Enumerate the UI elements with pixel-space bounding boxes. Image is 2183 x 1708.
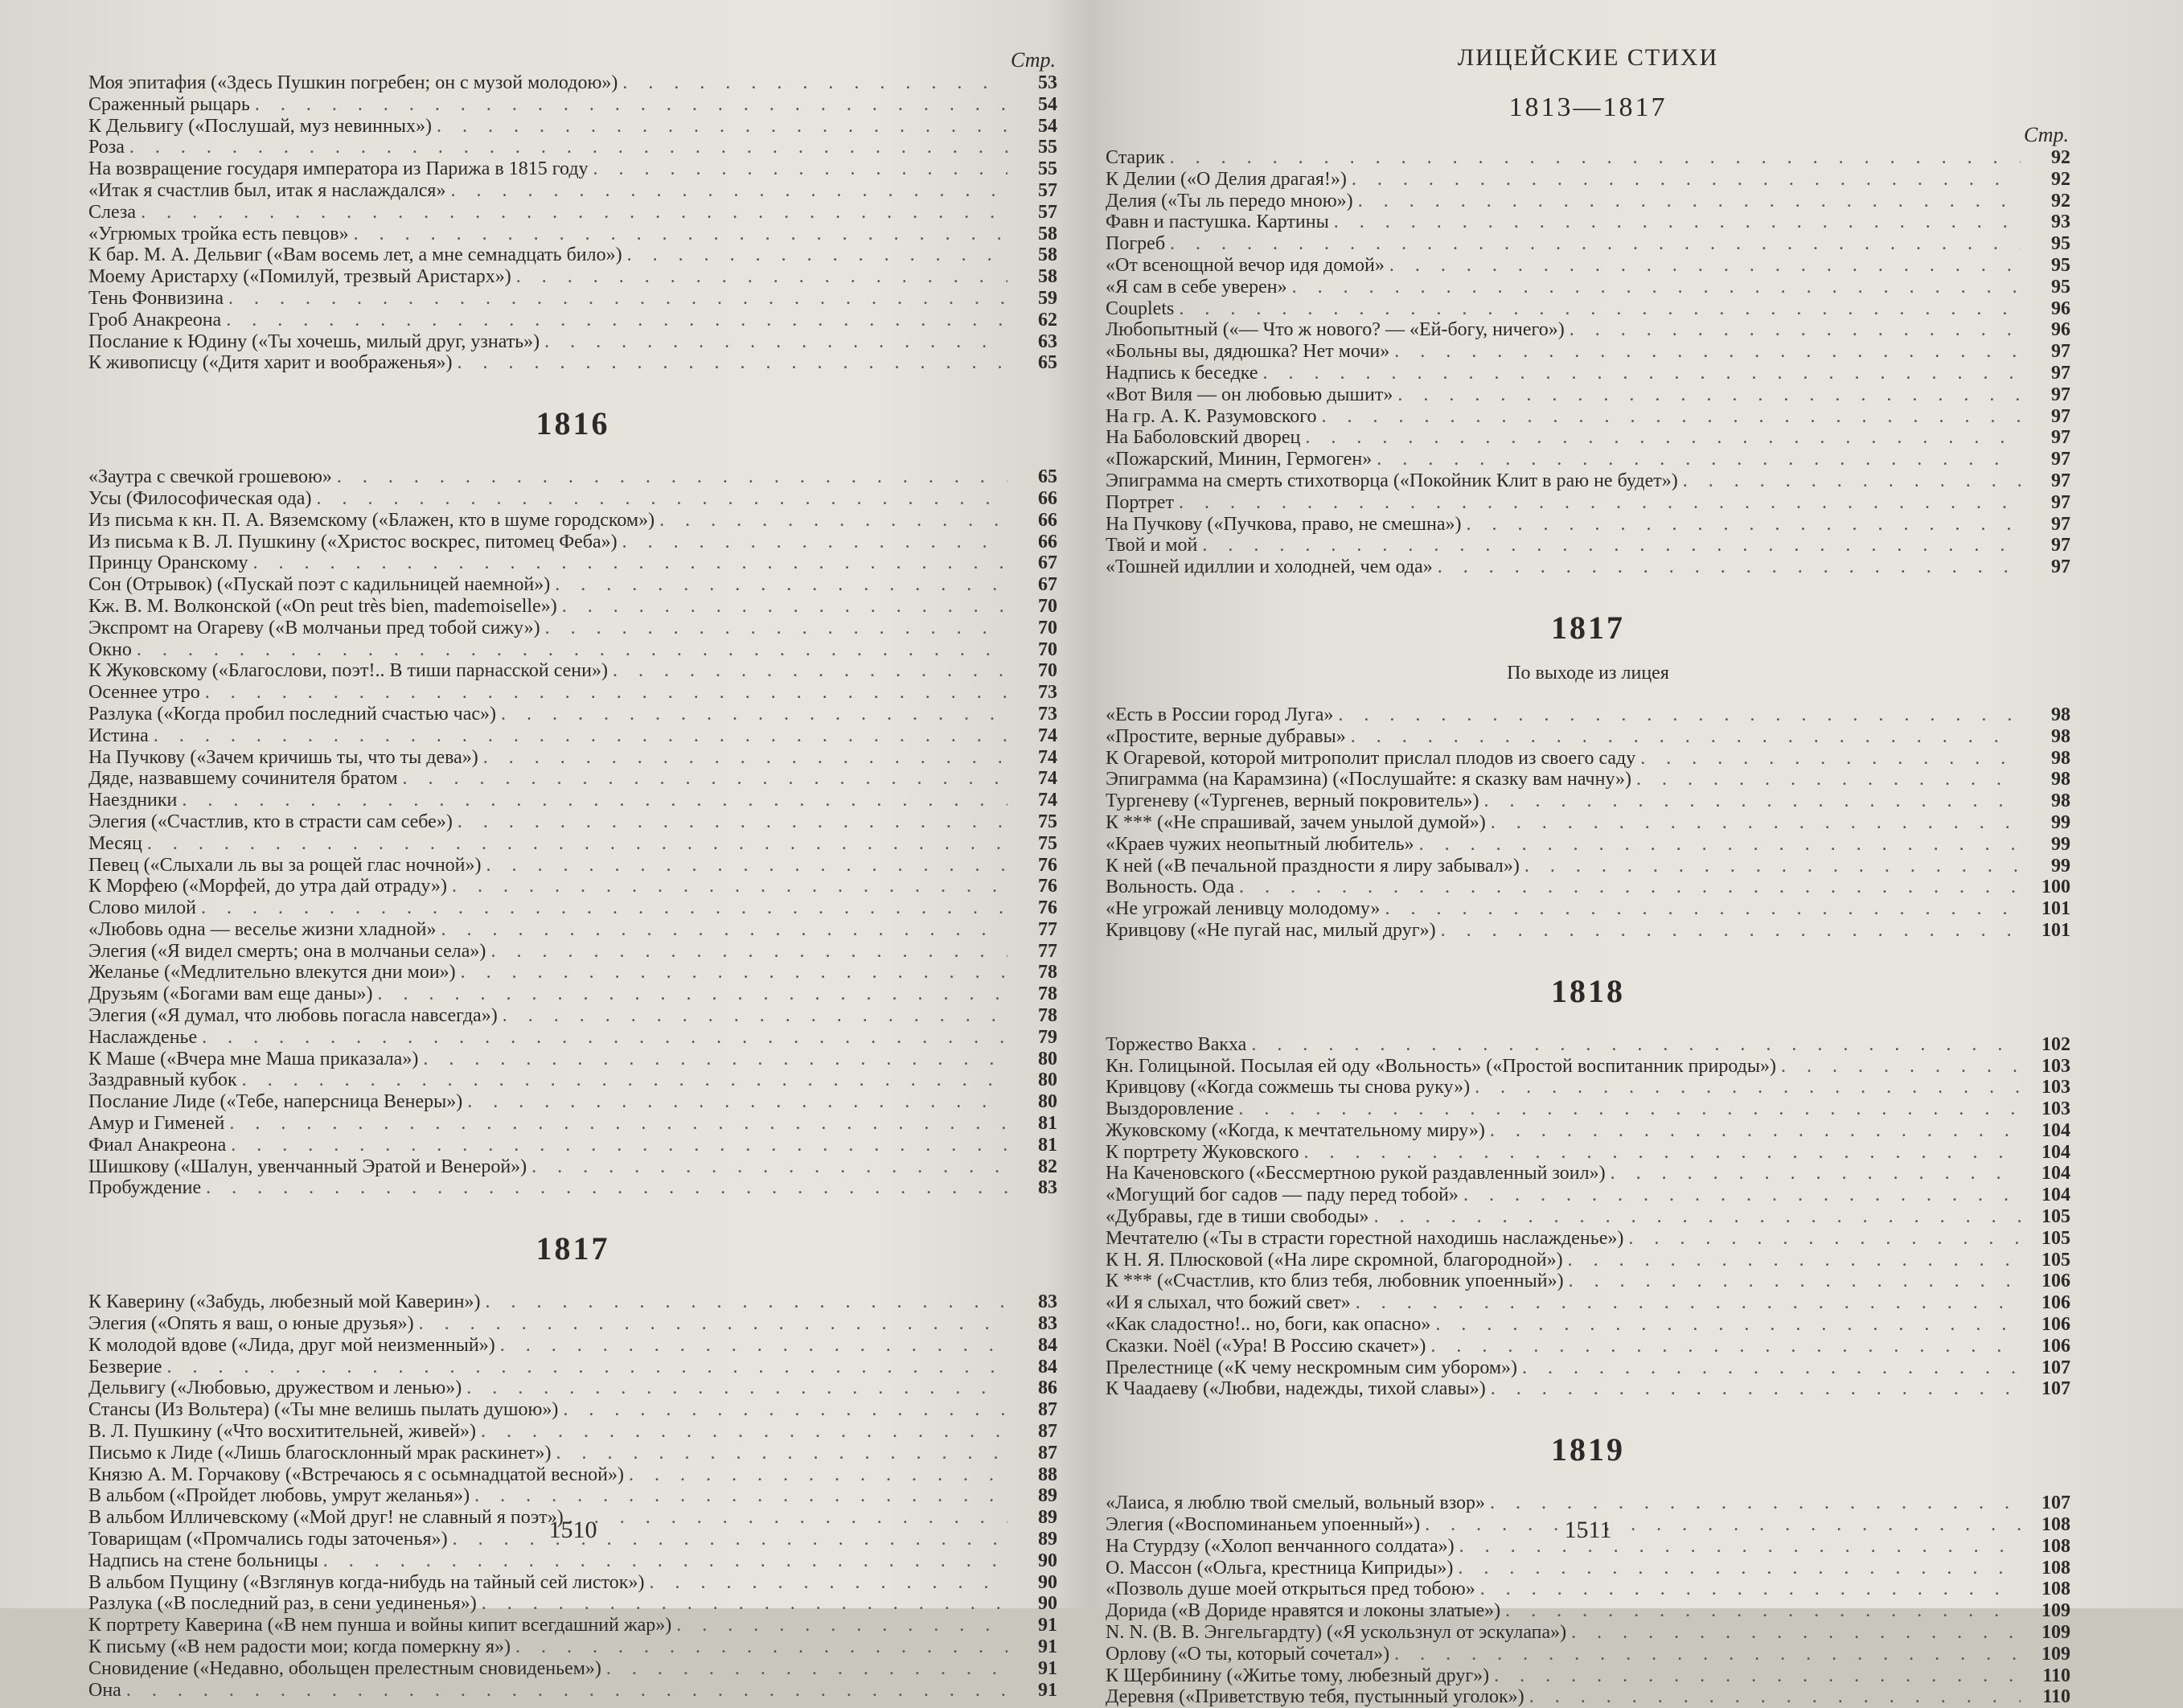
- dot-leader: [141, 202, 1007, 224]
- toc-entry: На Пучкову («Зачем кричишь ты, что ты де…: [88, 747, 1057, 769]
- dot-leader: [450, 180, 1007, 202]
- entry-title: «Любовь одна — веселье жизни хладной»: [88, 919, 436, 941]
- dot-leader: [1781, 1056, 2021, 1078]
- entry-page-number: 95: [2025, 233, 2070, 255]
- dot-leader: [242, 1070, 1007, 1091]
- entry-title: Певец («Слыхали ль вы за рощей глас ночн…: [88, 855, 482, 877]
- toc-section: 1817По выходе из лицея«Есть в России гор…: [1106, 609, 2070, 942]
- dot-leader: [154, 725, 1007, 747]
- dot-leader: [1640, 748, 2021, 770]
- entry-page-number: 53: [1012, 72, 1057, 94]
- entry-page-number: 98: [2025, 790, 2070, 812]
- entry-title: Фиал Анакреона: [88, 1135, 226, 1156]
- entry-title: Пробуждение: [88, 1177, 201, 1199]
- dot-leader: [563, 1399, 1007, 1421]
- entry-title: Элегия («Я видел смерть; она в молчаньи …: [88, 941, 486, 963]
- entry-page-number: 86: [1012, 1377, 1057, 1399]
- dot-leader: [467, 1091, 1007, 1113]
- entry-page-number: 74: [1012, 725, 1057, 747]
- entry-page-number: 89: [1012, 1485, 1057, 1507]
- entry-title: На гр. А. К. Разумовского: [1106, 406, 1317, 428]
- dot-leader: [354, 224, 1007, 245]
- page-column-header: Стр.: [1106, 123, 2070, 147]
- entry-title: «Заутра с свечкой грошевою»: [88, 466, 332, 488]
- entry-title: Послание Лиде («Тебе, наперсница Венеры»…: [88, 1091, 462, 1113]
- entry-title: Торжество Вакха: [1106, 1034, 1246, 1056]
- toc-entry: Желанье («Медлительно влекутся дни мои»)…: [88, 962, 1057, 983]
- entry-page-number: 90: [1012, 1593, 1057, 1608]
- entry-title: «И я слыхал, что божий свет»: [1106, 1292, 1351, 1314]
- toc-entry: Надпись к беседке97: [1106, 363, 2070, 384]
- toc-entry: Элегия («Счастлив, кто в страсти сам себ…: [88, 811, 1057, 833]
- dot-leader: [1628, 1228, 2021, 1250]
- entry-page-number: 108: [2025, 1579, 2070, 1600]
- toc-entry: Слеза57: [88, 202, 1057, 224]
- dot-leader: [1202, 535, 2021, 556]
- dot-leader: [1484, 790, 2021, 812]
- entry-title: Элегия («Счастлив, кто в страсти сам себ…: [88, 811, 453, 833]
- entry-title: Разлука («В последний раз, в сени уедине…: [88, 1593, 477, 1608]
- entry-page-number: 59: [1012, 288, 1057, 310]
- toc-entry: «Итак я счастлив был, итак я наслаждался…: [88, 180, 1057, 202]
- entry-title: Экспромт на Огареву («В молчаньи пред то…: [88, 618, 540, 639]
- entry-page-number: 87: [1012, 1399, 1057, 1421]
- entry-page-number: 106: [2025, 1314, 2070, 1336]
- entry-page-number: 75: [1012, 833, 1057, 855]
- entry-page-number: 104: [2025, 1142, 2070, 1164]
- entry-title: К Делии («О Делия драгая!»): [1106, 169, 1347, 191]
- toc-entry: Фавн и пастушка. Картины93: [1106, 211, 2070, 233]
- toc-entry: На Баболовский дворец97: [1106, 427, 2070, 449]
- dot-leader: [1475, 1077, 2021, 1098]
- entry-page-number: 83: [1012, 1291, 1057, 1313]
- toc-entry: Моему Аристарху («Помилуй, трезвый Арист…: [88, 266, 1057, 288]
- dot-leader: [1490, 1120, 2021, 1142]
- dot-leader: [593, 158, 1007, 180]
- toc-entry: Моя эпитафия («Здесь Пушкин погребен; он…: [88, 72, 1057, 94]
- dot-leader: [1683, 470, 2021, 492]
- toc-entry: В альбом Пущину («Взглянув когда-нибудь …: [88, 1572, 1057, 1594]
- entry-page-number: 82: [1012, 1156, 1057, 1178]
- toc-entry: «Заутра с свечкой грошевою»65: [88, 466, 1057, 488]
- toc-section: 1816«Заутра с свечкой грошевою»65Усы (Фи…: [88, 404, 1057, 1199]
- entry-page-number: 104: [2025, 1185, 2070, 1206]
- toc-entry: Жуковскому («Когда, к мечтательному миру…: [1106, 1120, 2070, 1142]
- dot-leader: [1179, 492, 2021, 514]
- toc-entry: Тургеневу («Тургенев, верный покровитель…: [1106, 790, 2070, 812]
- entry-page-number: 90: [1012, 1550, 1057, 1572]
- page-number-right: 1511: [1106, 1517, 2070, 1544]
- dot-leader: [1419, 834, 2021, 856]
- entry-title: К портрету Жуковского: [1106, 1142, 1299, 1164]
- entry-title: К Жуковскому («Благослови, поэт!.. В тиш…: [88, 660, 608, 682]
- entry-page-number: 106: [2025, 1292, 2070, 1314]
- entry-page-number: 66: [1012, 532, 1057, 553]
- toc-entry: «Я сам в себе уверен»95: [1106, 277, 2070, 298]
- entry-page-number: 66: [1012, 488, 1057, 510]
- toc-entry: К Дельвигу («Послушай, муз невинных»)54: [88, 116, 1057, 138]
- entry-title: Элегия («Я думал, что любовь погасла нав…: [88, 1005, 498, 1027]
- toc-entry: Шишкову («Шалун, увенчанный Эратой и Вен…: [88, 1156, 1057, 1178]
- entry-page-number: 97: [2025, 449, 2070, 470]
- toc-entry: На гр. А. К. Разумовского97: [1106, 406, 2070, 428]
- dot-leader: [1522, 1357, 2021, 1379]
- entry-page-number: 58: [1012, 266, 1057, 288]
- entry-title: «Лаиса, я люблю твой смелый, вольный взо…: [1106, 1492, 1485, 1514]
- dot-leader: [1356, 1292, 2021, 1314]
- dot-leader: [545, 618, 1007, 639]
- year-heading: 1817: [88, 1230, 1057, 1267]
- entry-title: К молодой вдове («Лида, друг мой неизмен…: [88, 1335, 495, 1357]
- dot-leader: [1490, 1492, 2021, 1514]
- entry-page-number: 66: [1012, 510, 1057, 532]
- entry-page-number: 108: [2025, 1558, 2070, 1579]
- entry-page-number: 83: [1012, 1313, 1057, 1335]
- dot-leader: [500, 1335, 1007, 1357]
- toc-entry: На Пучкову («Пучкова, право, не смешна»)…: [1106, 514, 2070, 536]
- dot-leader: [1524, 856, 2021, 877]
- entry-title: Делия («Ты ль передо мною»): [1106, 191, 1353, 212]
- dot-leader: [202, 1027, 1007, 1049]
- entry-page-number: 70: [1012, 618, 1057, 639]
- entry-title: «Итак я счастлив был, итак я наслаждался…: [88, 180, 445, 202]
- toc-entry: Дяде, назвавшему сочинителя братом74: [88, 768, 1057, 790]
- dot-leader: [231, 1135, 1007, 1156]
- entry-title: На Пучкову («Пучкова, право, не смешна»): [1106, 514, 1461, 536]
- entry-page-number: 54: [1012, 116, 1057, 138]
- entry-title: Желанье («Медлительно влекутся дни мои»): [88, 962, 456, 983]
- entry-page-number: 65: [1012, 466, 1057, 488]
- dot-leader: [201, 897, 1007, 919]
- left-toc: Моя эпитафия («Здесь Пушкин погребен; он…: [88, 72, 1057, 1608]
- dot-leader: [1568, 1250, 2021, 1271]
- entry-page-number: 92: [2025, 169, 2070, 191]
- entry-page-number: 106: [2025, 1336, 2070, 1357]
- entry-page-number: 100: [2025, 877, 2070, 898]
- entry-title: Месяц: [88, 833, 142, 855]
- dot-leader: [1611, 1163, 2021, 1185]
- toc-entry: Усы (Философическая ода)66: [88, 488, 1057, 510]
- entry-title: Надпись на стене больницы: [88, 1550, 318, 1572]
- entry-page-number: 77: [1012, 919, 1057, 941]
- dot-leader: [1334, 211, 2021, 233]
- dot-leader: [622, 72, 1007, 94]
- toc-entry: «Тошней идиллии и холодней, чем ода»97: [1106, 556, 2070, 578]
- entry-title: Шишкову («Шалун, увенчанный Эратой и Вен…: [88, 1156, 527, 1178]
- entry-page-number: 87: [1012, 1421, 1057, 1443]
- entry-title: Сон (Отрывок) («Пускай поэт с кадильнице…: [88, 574, 550, 596]
- toc-entry: «Дубравы, где в тиши свободы»105: [1106, 1206, 2070, 1228]
- entry-title: Моя эпитафия («Здесь Пушкин погребен; он…: [88, 72, 618, 94]
- entry-title: Кривцову («Когда сожмешь ты снова руку»): [1106, 1077, 1470, 1098]
- entry-page-number: 101: [2025, 920, 2070, 942]
- entry-page-number: 99: [2025, 834, 2070, 856]
- toc-entry: Из письма к В. Л. Пушкину («Христос воск…: [88, 532, 1057, 553]
- toc-entry: Гроб Анакреона62: [88, 310, 1057, 331]
- entry-title: К Огаревой, которой митрополит прислал п…: [1106, 748, 1635, 770]
- toc-entry: Осеннее утро73: [88, 682, 1057, 704]
- year-heading: 1818: [1106, 972, 2070, 1010]
- entry-page-number: 107: [2025, 1378, 2070, 1400]
- toc-entry: Элегия («Опять я ваш, о юные друзья»)83: [88, 1313, 1057, 1335]
- dot-leader: [1292, 277, 2021, 298]
- toc-entry: Сказки. Noёl («Ура! В Россию скачет»)106: [1106, 1336, 2070, 1357]
- entry-page-number: 97: [2025, 406, 2070, 428]
- toc-entry: Письмо к Лиде («Лишь благосклонный мрак …: [88, 1443, 1057, 1464]
- entry-page-number: 70: [1012, 660, 1057, 682]
- toc-entry: К Маше («Вчера мне Маша приказала»)80: [88, 1049, 1057, 1070]
- entry-page-number: 55: [1012, 158, 1057, 180]
- toc-entry: К Н. Я. Плюсковой («На лире скромной, бл…: [1106, 1250, 2070, 1271]
- toc-entry: Князю А. М. Горчакову («Встречаюсь я с о…: [88, 1464, 1057, 1486]
- toc-entry: «Любовь одна — веселье жизни хладной»77: [88, 919, 1057, 941]
- toc-entry: Элегия («Я думал, что любовь погасла нав…: [88, 1005, 1057, 1027]
- toc-entry: «Есть в России город Луга»98: [1106, 704, 2070, 726]
- entry-page-number: 97: [2025, 427, 2070, 449]
- dot-leader: [482, 1593, 1007, 1608]
- entry-page-number: 106: [2025, 1271, 2070, 1292]
- dot-leader: [458, 811, 1007, 833]
- toc-entry: «Пожарский, Минин, Гермоген»97: [1106, 449, 2070, 470]
- toc-entry: К Жуковскому («Благослови, поэт!.. В тиш…: [88, 660, 1057, 682]
- entry-page-number: 81: [1012, 1135, 1057, 1156]
- dot-leader: [1377, 449, 2021, 470]
- toc-entry: Кн. Голицыной. Посылая ей оду «Вольность…: [1106, 1056, 2070, 1078]
- dot-leader: [649, 1572, 1007, 1594]
- dot-leader: [206, 1177, 1007, 1199]
- entry-title: Стансы (Из Вольтера) («Ты мне велишь пыл…: [88, 1399, 558, 1421]
- entry-title: Дорида («В Дориде нравятся и локоны злат…: [1106, 1600, 1500, 1608]
- toc-section: Старик92К Делии («О Делия драгая!»)92Дел…: [1106, 147, 2070, 578]
- toc-entry: Разлука («Когда пробил последний счастью…: [88, 704, 1057, 725]
- entry-page-number: 93: [2025, 211, 2070, 233]
- toc-entry: Друзьям («Богами вам еще даны»)78: [88, 983, 1057, 1005]
- toc-entry: К Каверину («Забудь, любезный мой Кавери…: [88, 1291, 1057, 1313]
- entry-title: Из письма к В. Л. Пушкину («Христос воск…: [88, 532, 618, 553]
- entry-page-number: 80: [1012, 1049, 1057, 1070]
- dot-leader: [441, 919, 1007, 941]
- dot-leader: [423, 1049, 1007, 1070]
- toc-entry: К Чаадаеву («Любви, надежды, тихой славы…: [1106, 1378, 2070, 1400]
- dot-leader: [461, 962, 1007, 983]
- dot-leader: [1394, 341, 2021, 363]
- toc-entry: Мечтателю («Ты в страсти горестной наход…: [1106, 1228, 2070, 1250]
- entry-title: «Не угрожай ленивцу молодому»: [1106, 898, 1381, 920]
- entry-title: Амур и Гименей: [88, 1113, 224, 1135]
- entry-page-number: 98: [2025, 704, 2070, 726]
- entry-title: К ней («В печальной праздности я лиру за…: [1106, 856, 1520, 877]
- entry-title: Портрет: [1106, 492, 1174, 514]
- dot-leader: [659, 510, 1007, 532]
- dot-leader: [1351, 726, 2021, 748]
- entry-title: Кривцову («Не пугай нас, милый друг»): [1106, 920, 1436, 942]
- entry-title: «Как сладостно!.. но, боги, как опасно»: [1106, 1314, 1430, 1336]
- entry-title: О. Массон («Ольга, крестница Киприды»): [1106, 1558, 1453, 1579]
- entry-page-number: 98: [2025, 769, 2070, 790]
- entry-page-number: 99: [2025, 812, 2070, 834]
- dot-leader: [622, 532, 1007, 553]
- dot-leader: [167, 1357, 1007, 1378]
- dot-leader: [1441, 920, 2021, 942]
- entry-title: Вольность. Ода: [1106, 877, 1234, 898]
- entry-title: В альбом («Пройдет любовь, умрут желанья…: [88, 1485, 470, 1507]
- entry-page-number: 55: [1012, 137, 1057, 158]
- dot-leader: [1251, 1034, 2021, 1056]
- toc-entry: Сраженный рыцарь54: [88, 94, 1057, 116]
- toc-entry: Певец («Слыхали ль вы за рощей глас ночн…: [88, 855, 1057, 877]
- entry-page-number: 80: [1012, 1070, 1057, 1091]
- entry-title: Наслажденье: [88, 1027, 197, 1049]
- dot-leader: [1636, 769, 2021, 790]
- dot-leader: [147, 833, 1007, 855]
- entry-page-number: 58: [1012, 244, 1057, 266]
- dot-leader: [1358, 191, 2021, 212]
- dot-leader: [629, 1464, 1007, 1486]
- entry-title: Тень Фонвизина: [88, 288, 224, 310]
- entry-title: Из письма к кн. П. А. Вяземскому («Блаже…: [88, 510, 654, 532]
- toc-entry: Амур и Гименей81: [88, 1113, 1057, 1135]
- entry-title: «Больны вы, дядюшка? Нет мочи»: [1106, 341, 1389, 363]
- entry-page-number: 96: [2025, 319, 2070, 341]
- toc-entry: Принцу Оранскому67: [88, 552, 1057, 574]
- toc-entry: Кж. В. М. Волконской («On peut très bien…: [88, 596, 1057, 618]
- toc-entry: «Позволь душе моей открыться пред тобою»…: [1106, 1579, 2070, 1600]
- toc-entry: Делия («Ты ль передо мною»)92: [1106, 191, 2070, 212]
- toc-entry: Прелестнице («К чему нескромным сим убор…: [1106, 1357, 2070, 1379]
- entry-title: Эпиграмма на смерть стихотворца («Покойн…: [1106, 470, 1678, 492]
- entry-title: Дяде, назвавшему сочинителя братом: [88, 768, 398, 790]
- entry-page-number: 77: [1012, 941, 1057, 963]
- dot-leader: [613, 660, 1007, 682]
- dot-leader: [129, 137, 1007, 158]
- section-subtitle: По выходе из лицея: [1106, 663, 2070, 684]
- dot-leader: [1505, 1600, 2021, 1608]
- toc-entry: Старик92: [1106, 147, 2070, 169]
- dot-leader: [1430, 1336, 2021, 1357]
- entry-title: «Могущий бог садов — паду перед тобой»: [1106, 1185, 1459, 1206]
- entry-page-number: 107: [2025, 1492, 2070, 1514]
- toc-entry: «Угрюмых тройка есть певцов»58: [88, 224, 1057, 245]
- dot-leader: [337, 466, 1007, 488]
- dot-leader: [1438, 556, 2021, 578]
- entry-title: Выздоровление: [1106, 1098, 1233, 1120]
- toc-entry: Экспромт на Огареву («В молчаньи пред то…: [88, 618, 1057, 639]
- entry-title: Сказки. Noёl («Ура! В Россию скачет»): [1106, 1336, 1426, 1357]
- toc-entry: «И я слыхал, что божий свет»106: [1106, 1292, 2070, 1314]
- toc-entry: О. Массон («Ольга, крестница Киприды»)10…: [1106, 1558, 2070, 1579]
- entry-title: Безверие: [88, 1357, 162, 1378]
- entry-title: В. Л. Пушкину («Что восхитительней, живе…: [88, 1421, 476, 1443]
- toc-entry: «Лаиса, я люблю твой смелый, вольный взо…: [1106, 1492, 2070, 1514]
- entry-title: Дельвигу («Любовью, дружеством и ленью»): [88, 1377, 462, 1399]
- entry-page-number: 97: [2025, 341, 2070, 363]
- entry-page-number: 81: [1012, 1113, 1057, 1135]
- entry-title: Жуковскому («Когда, к мечтательному миру…: [1106, 1120, 1485, 1142]
- entry-page-number: 76: [1012, 876, 1057, 897]
- toc-entry: Погреб95: [1106, 233, 2070, 255]
- toc-entry: «Могущий бог садов — паду перед тобой»10…: [1106, 1185, 2070, 1206]
- dot-leader: [1305, 427, 2021, 449]
- dot-leader: [1458, 1558, 2021, 1579]
- entry-page-number: 78: [1012, 983, 1057, 1005]
- entry-title: Элегия («Опять я ваш, о юные друзья»): [88, 1313, 414, 1335]
- entry-page-number: 78: [1012, 1005, 1057, 1027]
- toc-entry: «От всенощной вечор идя домой»95: [1106, 255, 2070, 277]
- toc-entry: Истина74: [88, 725, 1057, 747]
- entry-title: Гроб Анакреона: [88, 310, 221, 331]
- dot-leader: [1491, 1378, 2021, 1400]
- entry-title: Окно: [88, 639, 132, 661]
- toc-entry: Кривцову («Не пугай нас, милый друг»)101: [1106, 920, 2070, 942]
- toc-entry: Окно70: [88, 639, 1057, 661]
- entry-title: На Каченовского («Бессмертною рукой разд…: [1106, 1163, 1606, 1185]
- toc-entry: Твой и мой97: [1106, 535, 2070, 556]
- entry-page-number: 102: [2025, 1034, 2070, 1056]
- toc-entry: Любопытный («— Что ж нового? — «Ей-богу,…: [1106, 319, 2070, 341]
- left-page: Стр. Моя эпитафия («Здесь Пушкин погребе…: [88, 0, 1057, 1608]
- dot-leader: [1170, 147, 2021, 169]
- entry-title: К бар. М. А. Дельвиг («Вам восемь лет, а…: [88, 244, 622, 266]
- dot-leader: [137, 639, 1007, 661]
- entry-title: Осеннее утро: [88, 682, 200, 704]
- entry-title: Погреб: [1106, 233, 1165, 255]
- dot-leader: [1322, 406, 2021, 428]
- dot-leader: [501, 704, 1007, 725]
- dot-leader: [316, 488, 1007, 510]
- entry-page-number: 98: [2025, 748, 2070, 770]
- dot-leader: [1385, 898, 2021, 920]
- dot-leader: [182, 790, 1007, 811]
- toc-entry: Стансы (Из Вольтера) («Ты мне велишь пыл…: [88, 1399, 1057, 1421]
- toc-entry: На возвращение государя императора из Па…: [88, 158, 1057, 180]
- entry-title: В альбом Пущину («Взглянув когда-нибудь …: [88, 1572, 644, 1594]
- entry-page-number: 97: [2025, 514, 2070, 536]
- dot-leader: [253, 552, 1007, 574]
- year-heading: 1819: [1106, 1431, 2070, 1468]
- dot-leader: [516, 266, 1007, 288]
- entry-page-number: 78: [1012, 962, 1057, 983]
- dot-leader: [205, 682, 1007, 704]
- toc-entry: Элегия («Я видел смерть; она в молчаньи …: [88, 941, 1057, 963]
- toc-entry: Разлука («В последний раз, в сени уедине…: [88, 1593, 1057, 1608]
- book-spread: Стр. Моя эпитафия («Здесь Пушкин погребе…: [0, 0, 2183, 1608]
- entry-title: «Простите, верные дубравы»: [1106, 726, 1346, 748]
- entry-title: Прелестнице («К чему нескромным сим убор…: [1106, 1357, 1517, 1379]
- toc-entry: Дорида («В Дориде нравятся и локоны злат…: [1106, 1600, 2070, 1608]
- entry-page-number: 87: [1012, 1443, 1057, 1464]
- entry-title: К Чаадаеву («Любви, надежды, тихой славы…: [1106, 1378, 1486, 1400]
- entry-page-number: 97: [2025, 470, 2070, 492]
- entry-page-number: 84: [1012, 1335, 1057, 1357]
- toc-entry: К живописцу («Дитя харит и воображенья»)…: [88, 352, 1057, 374]
- toc-entry: Слово милой76: [88, 897, 1057, 919]
- entry-page-number: 58: [1012, 224, 1057, 245]
- entry-page-number: 74: [1012, 747, 1057, 769]
- toc-entry: В. Л. Пушкину («Что восхитительней, живе…: [88, 1421, 1057, 1443]
- entry-page-number: 97: [2025, 384, 2070, 406]
- entry-page-number: 65: [1012, 352, 1057, 374]
- entry-title: Письмо к Лиде («Лишь благосклонный мрак …: [88, 1443, 551, 1464]
- dot-leader: [474, 1485, 1007, 1507]
- entry-page-number: 74: [1012, 790, 1057, 811]
- entry-page-number: 67: [1012, 574, 1057, 596]
- dot-leader: [457, 352, 1007, 374]
- entry-page-number: 104: [2025, 1120, 2070, 1142]
- toc-entry: К Морфею («Морфей, до утра дай отраду»)7…: [88, 876, 1057, 897]
- dot-leader: [1397, 384, 2021, 406]
- entry-page-number: 107: [2025, 1357, 2070, 1379]
- entry-page-number: 80: [1012, 1091, 1057, 1113]
